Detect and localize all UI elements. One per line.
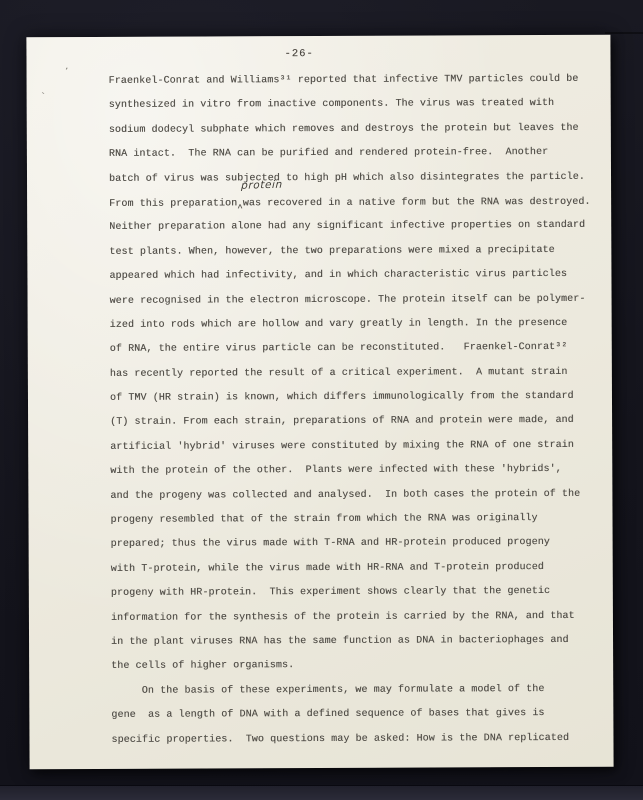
typed-line: RNA intact. The RNA can be purified and … bbox=[109, 141, 595, 168]
typed-line: and the progeny was collected and analys… bbox=[110, 482, 596, 509]
typed-line: On the basis of these experiments, we ma… bbox=[111, 678, 597, 705]
paper-speck-mark: ` bbox=[41, 92, 48, 103]
page-number: -26- bbox=[284, 48, 313, 60]
typed-line: of RNA, the entire virus particle can be… bbox=[110, 336, 596, 363]
paper-speck-mark: ’ bbox=[64, 67, 69, 77]
typed-line: specific properties. Two questions may b… bbox=[111, 726, 597, 753]
typed-line: has recently reported the result of a cr… bbox=[110, 360, 596, 387]
typed-line: synthesized in vitro from inactive compo… bbox=[109, 92, 595, 119]
document-page: -26- ’ ` Fraenkel-Conrat and Williams³¹ … bbox=[26, 35, 613, 770]
typed-line: with T-protein, while the virus made wit… bbox=[111, 556, 597, 583]
typed-line: From this preparation^was recovered in a… bbox=[109, 190, 595, 217]
typed-line: test plants. When, however, the two prep… bbox=[109, 239, 595, 266]
background-seam-line bbox=[605, 32, 643, 34]
typed-line: ized into rods which are hollow and vary… bbox=[110, 312, 596, 339]
typed-line: the cells of higher organisms. bbox=[111, 653, 597, 680]
photo-background: -26- ’ ` Fraenkel-Conrat and Williams³¹ … bbox=[0, 0, 643, 800]
typed-line: Neither preparation alone had any signif… bbox=[109, 214, 595, 241]
typed-line: in the plant viruses RNA has the same fu… bbox=[111, 629, 597, 656]
typed-line: artificial 'hybrid' viruses were constit… bbox=[110, 434, 596, 461]
typed-line: of TMV (HR strain) is known, which diffe… bbox=[110, 385, 596, 412]
photo-bottom-band bbox=[0, 785, 643, 800]
typed-line: sodium dodecyl subphate which removes an… bbox=[109, 117, 595, 144]
typed-line: information for the synthesis of the pro… bbox=[111, 604, 597, 631]
typed-line: batch of virus was subjected to high pH … bbox=[109, 165, 595, 192]
typed-text-block: Fraenkel-Conrat and Williams³¹ reported … bbox=[109, 68, 598, 753]
typed-line: progeny with HR-protein. This experiment… bbox=[111, 580, 597, 607]
typed-line: with the protein of the other. Plants we… bbox=[110, 458, 596, 485]
typed-line: appeared which had infectivity, and in w… bbox=[109, 263, 595, 290]
typed-line: progeny resembled that of the strain fro… bbox=[110, 507, 596, 534]
typed-line: (T) strain. From each strain, preparatio… bbox=[110, 409, 596, 436]
typed-line: gene as a length of DNA with a defined s… bbox=[111, 702, 597, 729]
typed-line: prepared; thus the virus made with T-RNA… bbox=[111, 531, 597, 558]
handwritten-insertion: protein bbox=[241, 179, 283, 192]
typed-line: were recognised in the electron microsco… bbox=[110, 287, 596, 314]
insertion-caret-mark: ^ bbox=[237, 196, 243, 220]
typed-line: Fraenkel-Conrat and Williams³¹ reported … bbox=[109, 68, 595, 95]
